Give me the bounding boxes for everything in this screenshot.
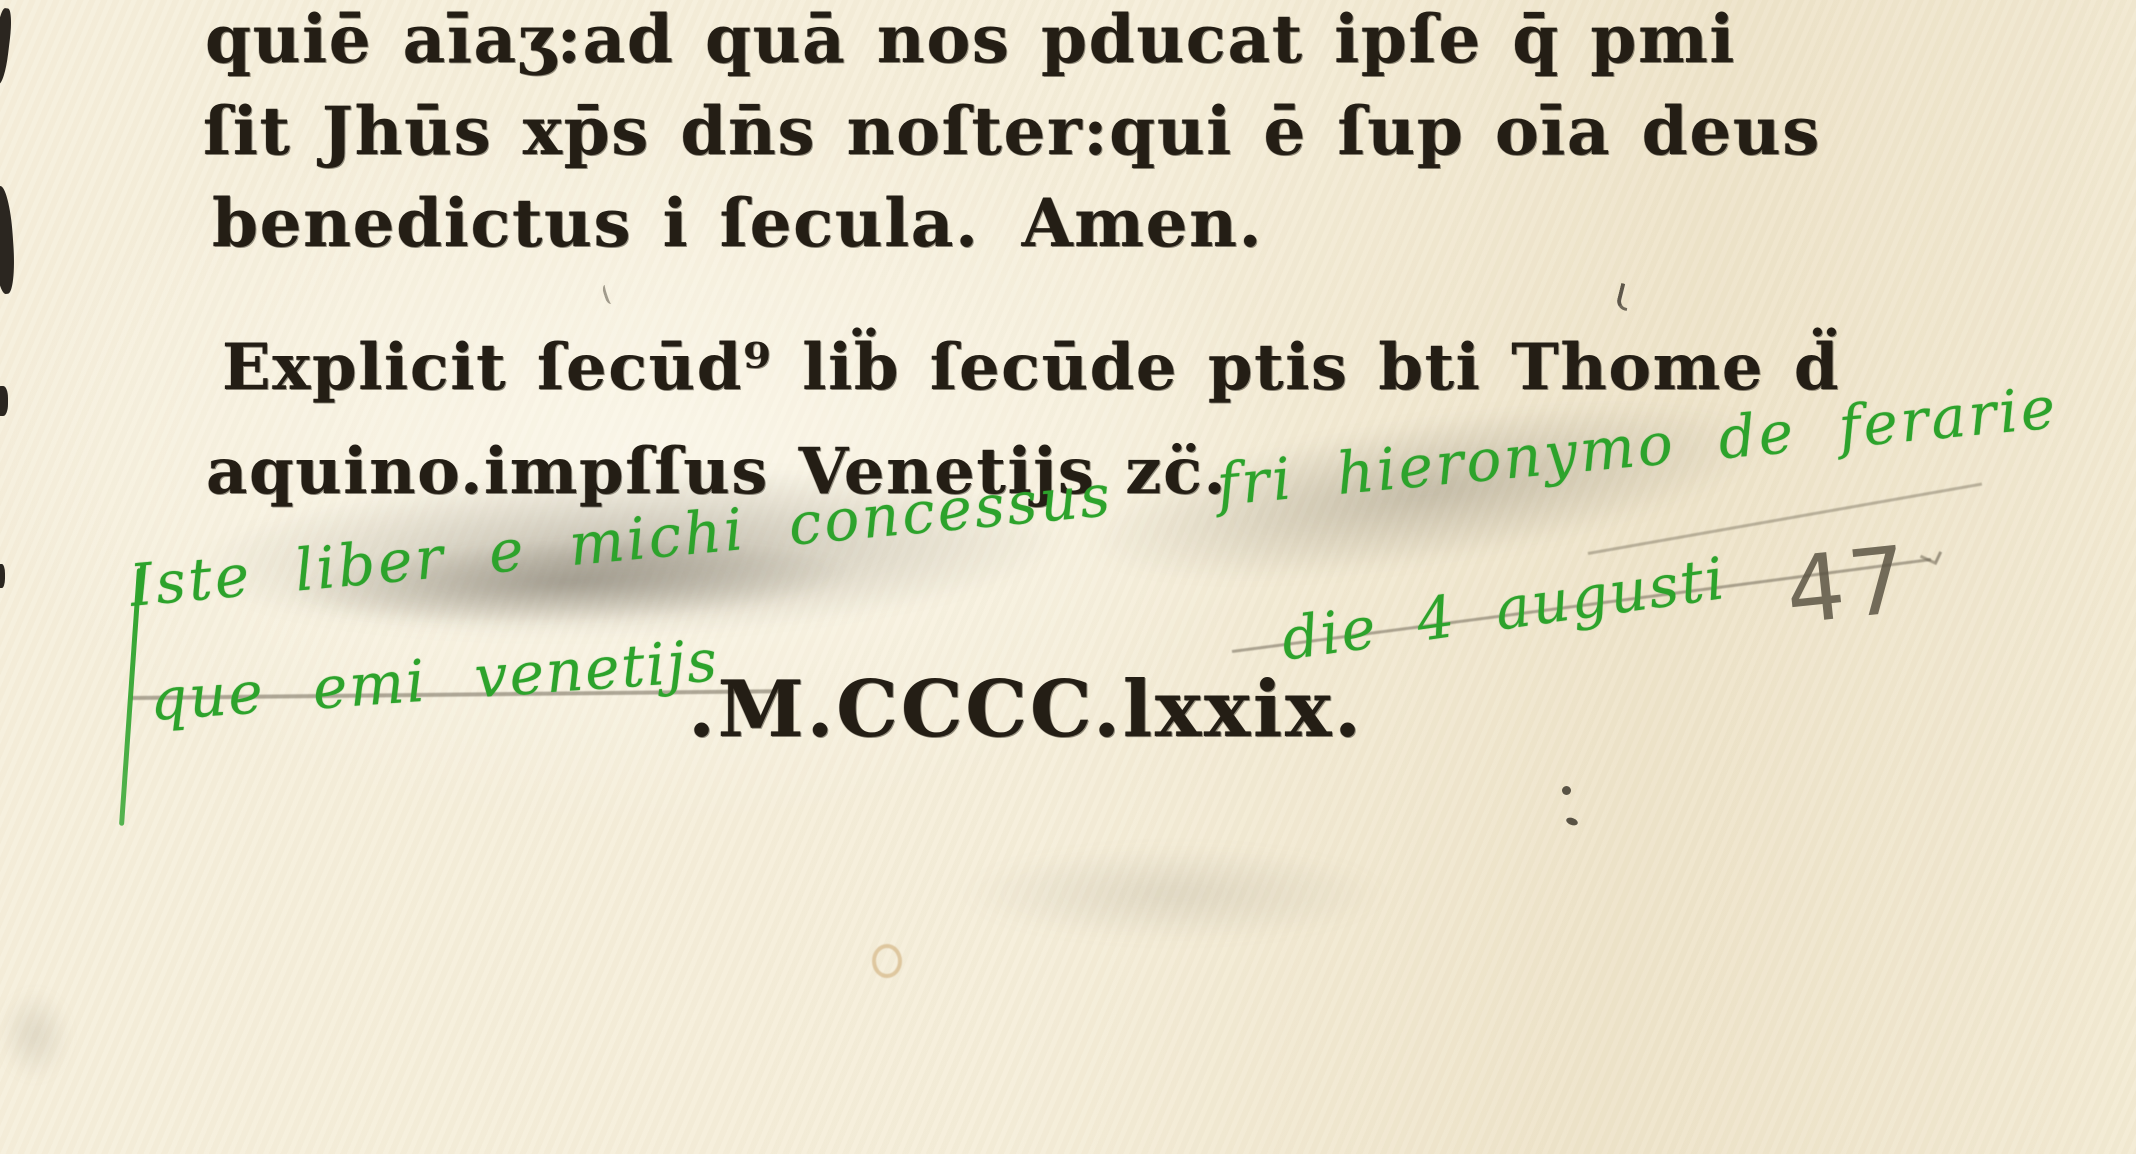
faint-smudge-bottom-left: [0, 990, 70, 1080]
faint-smudge-bottom-center: [960, 846, 1390, 941]
page-edge-ink-mark-2: [0, 185, 17, 294]
pen-squiggle-left: [601, 283, 617, 305]
explicit-line-1: Explicit ſecūd⁹ lib̈ ſecūde ptis bti Tho…: [222, 330, 1840, 405]
printed-line-2: ſit Jhūs xp̄s dn̄s noſter:qui ē ſup oīa …: [203, 92, 1821, 170]
ownership-inscription-line-2: que emi venetijs: [148, 626, 721, 734]
printed-amen: Amen.: [1022, 184, 1264, 262]
printed-line-3-text: benedictus i ſecula.: [212, 184, 980, 262]
printed-line-3: benedictus i ſecula.Amen.: [212, 184, 1263, 262]
ink-speck-2: [1565, 816, 1579, 827]
ring-stain: [872, 944, 902, 978]
printed-line-1: quiē aīaʒ:ad quā nos pducat ipſe q̄ pmi: [205, 0, 1736, 78]
pencil-number: 47: [1781, 526, 1917, 645]
page-edge-ink-mark-4: [0, 564, 5, 588]
small-check-mark: [1920, 545, 1942, 565]
imprint-date-roman-numeral: .M.CCCC.lxxix.: [688, 664, 1364, 755]
pen-squiggle-right: [1615, 283, 1633, 311]
ink-speck-1: [1562, 786, 1571, 795]
page-edge-ink-mark-3: [0, 386, 8, 416]
scanned-page: quiē aīaʒ:ad quā nos pducat ipſe q̄ pmi …: [0, 0, 2136, 1154]
page-edge-ink-mark-1: [0, 7, 14, 84]
